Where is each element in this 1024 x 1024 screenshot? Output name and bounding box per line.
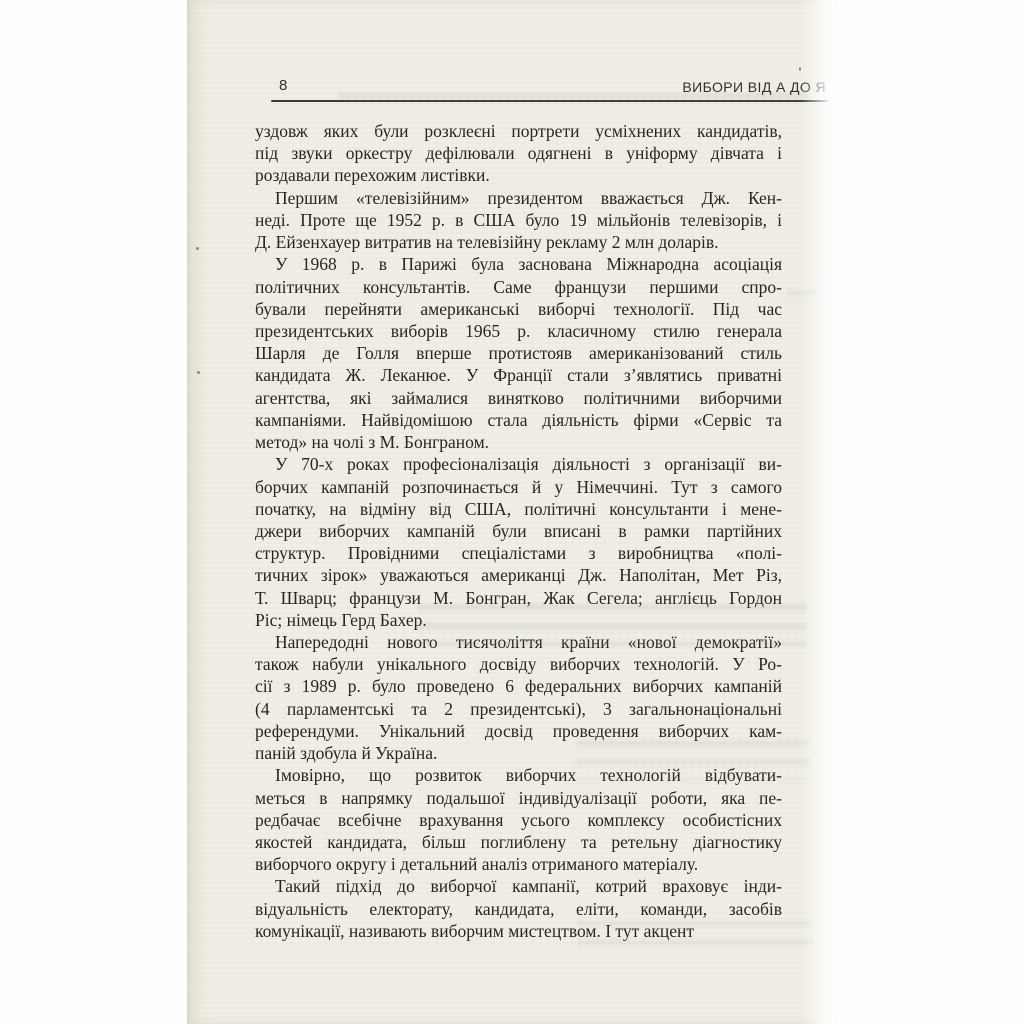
text-line: джери виборчих кампаній були вписані в р…: [255, 520, 782, 542]
text-line: Д. Ейзенхауер витратив на телевізійну ре…: [255, 231, 782, 253]
bleed-through-artifact: [787, 290, 825, 302]
paragraph: Напередодні нового тисячоліття країни «н…: [255, 631, 782, 764]
text-line: У 1968 р. в Парижі була заснована Міжнар…: [255, 253, 782, 275]
paragraph: уздовж яких були розклеєні портрети усмі…: [255, 120, 782, 187]
text-line: Ріс; німець Герд Бахер.: [255, 609, 782, 631]
text-line: кампаніями. Найвідомішою стала діяльніст…: [255, 409, 782, 431]
text-line: виборчого округу і детальний аналіз отри…: [255, 853, 782, 875]
text-line: агентства, які займалися винятково політ…: [255, 387, 782, 409]
text-line: уздовж яких були розклеєні портрети усмі…: [255, 120, 782, 142]
text-line: референдуми. Унікальний досвід проведенн…: [255, 720, 782, 742]
text-line: сії з 1989 р. було проведено 6 федеральн…: [255, 675, 782, 697]
paragraph: У 70-х роках професіоналізація діяльност…: [255, 453, 782, 631]
text-line: неді. Проте ще 1952 р. в США було 19 міл…: [255, 209, 782, 231]
text-line: Т. Шварц; французи М. Бонгран, Жак Сегел…: [255, 587, 782, 609]
text-line: борчих кампаній розпочинається й у Німеч…: [255, 476, 782, 498]
running-head: ВИБОРИ ВІД А ДО Я: [682, 79, 826, 95]
paragraph: Першим «телевізійним» президентом вважає…: [255, 187, 782, 254]
text-line: паній здобула й Україна.: [255, 742, 782, 764]
paragraph: У 1968 р. в Парижі була заснована Міжнар…: [255, 253, 782, 453]
paragraph: Такий підхід до виборчої кампанії, котри…: [255, 875, 782, 942]
book-page: 8 ВИБОРИ ВІД А ДО Я уздовж яких були роз…: [187, 0, 838, 1024]
page-edge-fade: [800, 0, 842, 1024]
dust-speck: [799, 67, 801, 71]
text-line: редбачає всебічне врахування усього комп…: [255, 809, 782, 831]
text-line: якостей кандидата, більш поглиблену та р…: [255, 831, 782, 853]
dust-speck: [197, 371, 200, 374]
text-line: роздавали перехожим листівки.: [255, 164, 782, 186]
text-line: початку, на відміну від США, політичні к…: [255, 498, 782, 520]
text-line: відуальність електорату, кандидата, еліт…: [255, 898, 782, 920]
text-line: також набули унікального досвіду виборчи…: [255, 653, 782, 675]
text-line: бували перейняти американські виборчі те…: [255, 298, 782, 320]
text-line: кандидата Ж. Леканюе. У Франції стали з’…: [255, 364, 782, 386]
dust-speck: [196, 247, 199, 250]
text-line: Імовірно, що розвиток виборчих технологі…: [255, 764, 782, 786]
text-line: комунікації, називають виборчим мистецтв…: [255, 920, 782, 942]
text-line: Шарля де Голля вперше протистояв америка…: [255, 342, 782, 364]
scan-canvas: 8 ВИБОРИ ВІД А ДО Я уздовж яких були роз…: [0, 0, 1024, 1024]
text-line: Такий підхід до виборчої кампанії, котри…: [255, 875, 782, 897]
text-line: структур. Провідними спеціалістами з вир…: [255, 542, 782, 564]
text-line: президентських виборів 1965 р. класичном…: [255, 320, 782, 342]
text-line: під звуки оркестру дефілювали одягнені в…: [255, 142, 782, 164]
text-line: метод» на чолі з М. Бонграном.: [255, 431, 782, 453]
text-line: У 70-х роках професіоналізація діяльност…: [255, 453, 782, 475]
page-number: 8: [279, 77, 288, 94]
text-line: Напередодні нового тисячоліття країни «н…: [255, 631, 782, 653]
text-line: Першим «телевізійним» президентом вважає…: [255, 187, 782, 209]
header-rule: [271, 100, 828, 102]
text-line: меться в напрямку подальшої індивідуаліз…: [255, 787, 782, 809]
text-line: тичних зірок» уважаються американці Дж. …: [255, 564, 782, 586]
text-line: (4 парламентські та 2 президентські), 3 …: [255, 698, 782, 720]
body-text: уздовж яких були розклеєні портрети усмі…: [255, 120, 782, 942]
text-line: політичних консультантів. Саме французи …: [255, 276, 782, 298]
paragraph: Імовірно, що розвиток виборчих технологі…: [255, 764, 782, 875]
